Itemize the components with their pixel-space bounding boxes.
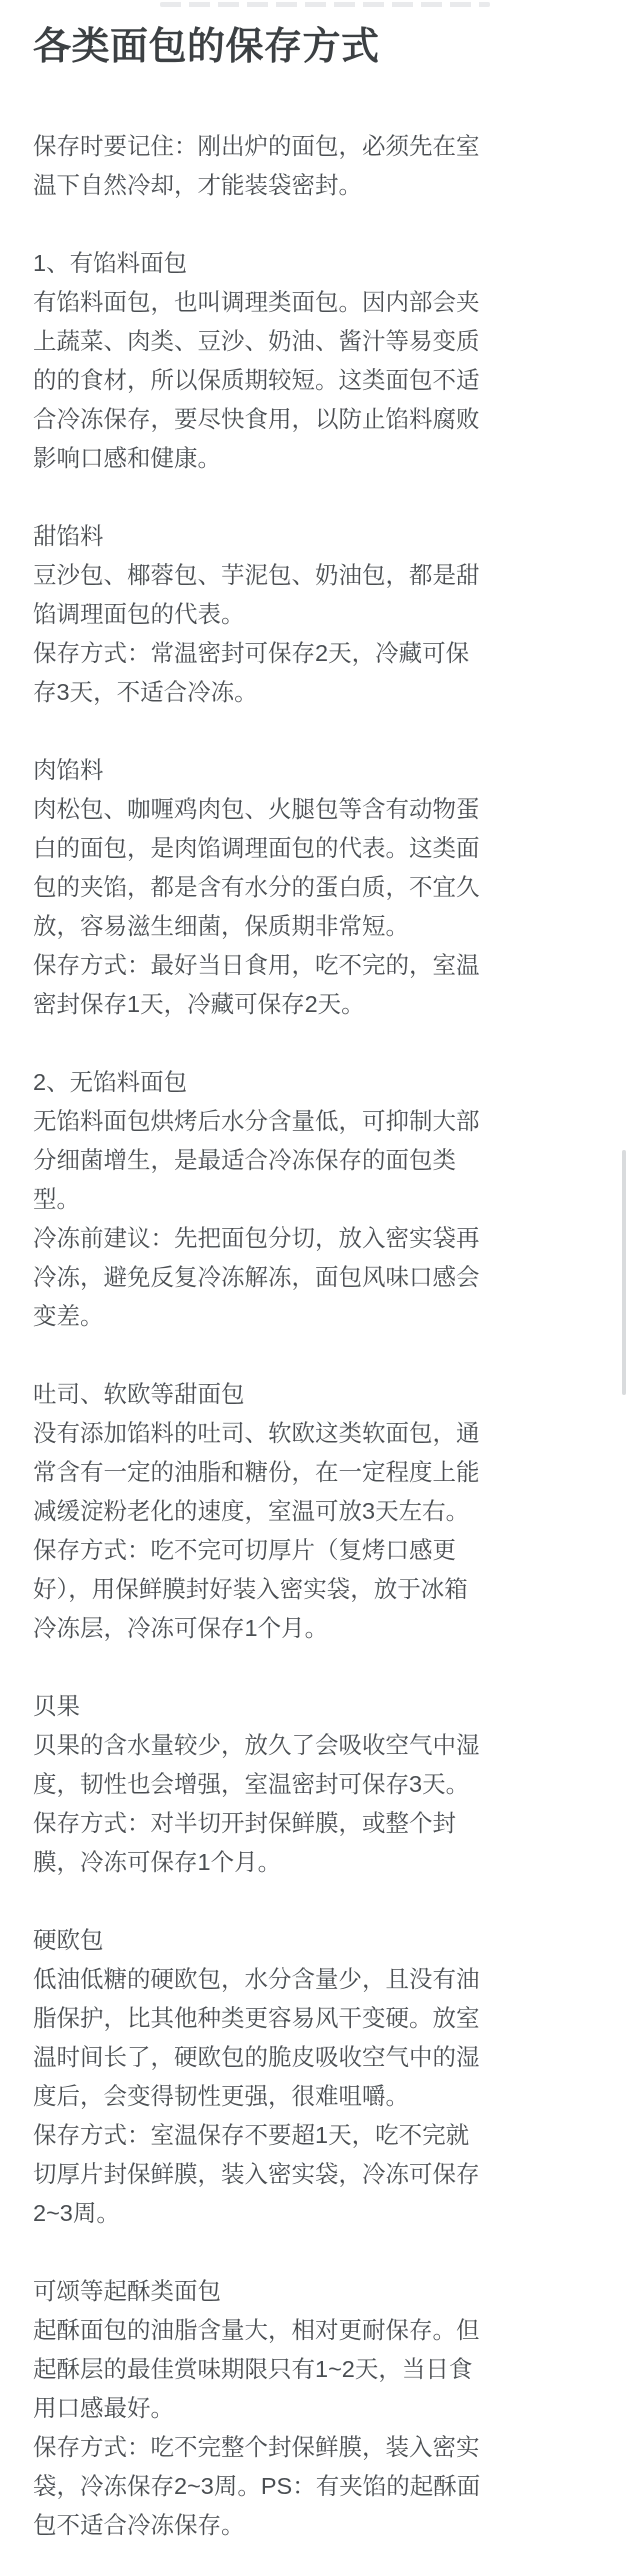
text-line: 冷冻前建议：先把面包分切，放入密实袋再 [33, 1219, 607, 1258]
text-line: 起酥面包的油脂含量大，相对更耐保存。但 [33, 2311, 607, 2350]
text-line: 保存方式：常温密封可保存2天，冷藏可保 [33, 634, 607, 673]
text-line: 肉松包、咖喱鸡肉包、火腿包等含有动物蛋 [33, 790, 607, 829]
section: 可颂等起酥类面包起酥面包的油脂含量大，相对更耐保存。但起酥层的最佳赏味期限只有1… [33, 2272, 607, 2545]
text-line: 好），用保鲜膜封好装入密实袋，放于冰箱 [33, 1570, 607, 1609]
scrollbar-thumb[interactable] [622, 1150, 626, 1395]
text-line: 没有添加馅料的吐司、软欧这类软面包，通 [33, 1414, 607, 1453]
text-line: 冷冻层，冷冻可保存1个月。 [33, 1609, 607, 1648]
section-heading: 可颂等起酥类面包 [33, 2272, 607, 2311]
section-heading: 贝果 [33, 1687, 607, 1726]
section-heading: 吐司、软欧等甜面包 [33, 1375, 607, 1414]
text-line: 豆沙包、椰蓉包、芋泥包、奶油包，都是甜 [33, 556, 607, 595]
section: 吐司、软欧等甜面包没有添加馅料的吐司、软欧这类软面包，通常含有一定的油脂和糖份，… [33, 1375, 607, 1648]
text-line: 度，韧性也会增强，室温密封可保存3天。 [33, 1765, 607, 1804]
section-heading: 甜馅料 [33, 517, 607, 556]
text-line: 无馅料面包烘烤后水分含量低，可抑制大部 [33, 1102, 607, 1141]
text-line: 保存方式：吃不完可切厚片（复烤口感更 [33, 1531, 607, 1570]
text-line: 存3天，不适合冷冻。 [33, 673, 607, 712]
text-line: 保存方式：最好当日食用，吃不完的，室温 [33, 946, 607, 985]
text-line: 起酥层的最佳赏味期限只有1~2天，当日食 [33, 2350, 607, 2389]
text-line: 保存方式：室温保存不要超1天，吃不完就 [33, 2116, 607, 2155]
text-line: 袋，冷冻保存2~3周。PS：有夹馅的起酥面 [33, 2467, 607, 2506]
text-line: 温下自然冷却，才能装袋密封。 [33, 166, 607, 205]
text-line: 切厚片封保鲜膜，装入密实袋，冷冻可保存 [33, 2155, 607, 2194]
text-line: 合冷冻保存，要尽快食用，以防止馅料腐败 [33, 400, 607, 439]
section: 肉馅料肉松包、咖喱鸡肉包、火腿包等含有动物蛋白的面包，是肉馅调理面包的代表。这类… [33, 751, 607, 1024]
text-line: 变差。 [33, 1297, 607, 1336]
text-line: 的的食材，所以保质期较短。这类面包不适 [33, 361, 607, 400]
section: 2、无馅料面包无馅料面包烘烤后水分含量低，可抑制大部分细菌增生，是最适合冷冻保存… [33, 1063, 607, 1336]
text-line: 型。 [33, 1180, 607, 1219]
text-line: 常含有一定的油脂和糖份，在一定程度上能 [33, 1453, 607, 1492]
text-line: 保存方式：吃不完整个封保鲜膜，装入密实 [33, 2428, 607, 2467]
text-line: 保存方式：对半切开封保鲜膜，或整个封 [33, 1804, 607, 1843]
text-line: 馅调理面包的代表。 [33, 595, 607, 634]
text-line: 有馅料面包，也叫调理类面包。因内部会夹 [33, 283, 607, 322]
section: 硬欧包低油低糖的硬欧包，水分含量少，且没有油脂保护，比其他种类更容易风干变硬。放… [33, 1921, 607, 2233]
section: 贝果贝果的含水量较少，放久了会吸收空气中湿度，韧性也会增强，室温密封可保存3天。… [33, 1687, 607, 1882]
text-line: 用口感最好。 [33, 2389, 607, 2428]
section: 1、有馅料面包有馅料面包，也叫调理类面包。因内部会夹上蔬菜、肉类、豆沙、奶油、酱… [33, 244, 607, 478]
text-line: 低油低糖的硬欧包，水分含量少，且没有油 [33, 1960, 607, 1999]
text-line: 保存时要记住：刚出炉的面包，必须先在室 [33, 127, 607, 166]
text-line: 密封保存1天，冷藏可保存2天。 [33, 985, 607, 1024]
text-line: 脂保护，比其他种类更容易风干变硬。放室 [33, 1999, 607, 2038]
text-line: 白的面包，是肉馅调理面包的代表。这类面 [33, 829, 607, 868]
section-heading: 1、有馅料面包 [33, 244, 607, 283]
section-heading: 肉馅料 [33, 751, 607, 790]
section: 甜馅料豆沙包、椰蓉包、芋泥包、奶油包，都是甜馅调理面包的代表。保存方式：常温密封… [33, 517, 607, 712]
page-title: 各类面包的保存方式 [33, 0, 607, 72]
text-line: 上蔬菜、肉类、豆沙、奶油、酱汁等易变质 [33, 322, 607, 361]
text-line: 放，容易滋生细菌，保质期非常短。 [33, 907, 607, 946]
text-line: 温时间长了，硬欧包的脆皮吸收空气中的湿 [33, 2038, 607, 2077]
article-content: 各类面包的保存方式 保存时要记住：刚出炉的面包，必须先在室温下自然冷却，才能装袋… [0, 0, 627, 2545]
section-heading: 硬欧包 [33, 1921, 607, 1960]
text-line: 包不适合冷冻保存。 [33, 2506, 607, 2545]
text-line: 冷冻，避免反复冷冻解冻，面包风味口感会 [33, 1258, 607, 1297]
text-line: 2~3周。 [33, 2194, 607, 2233]
section-heading: 2、无馅料面包 [33, 1063, 607, 1102]
text-line: 影响口感和健康。 [33, 439, 607, 478]
text-line: 膜，冷冻可保存1个月。 [33, 1843, 607, 1882]
text-line: 包的夹馅，都是含有水分的蛋白质，不宜久 [33, 868, 607, 907]
text-line: 贝果的含水量较少，放久了会吸收空气中湿 [33, 1726, 607, 1765]
text-line: 减缓淀粉老化的速度，室温可放3天左右。 [33, 1492, 607, 1531]
intro-paragraph: 保存时要记住：刚出炉的面包，必须先在室温下自然冷却，才能装袋密封。 [33, 127, 607, 205]
text-line: 分细菌增生，是最适合冷冻保存的面包类 [33, 1141, 607, 1180]
article-page: 各类面包的保存方式 保存时要记住：刚出炉的面包，必须先在室温下自然冷却，才能装袋… [0, 0, 627, 2560]
sections-root: 保存时要记住：刚出炉的面包，必须先在室温下自然冷却，才能装袋密封。1、有馅料面包… [33, 127, 607, 2545]
text-line: 度后，会变得韧性更强，很难咀嚼。 [33, 2077, 607, 2116]
